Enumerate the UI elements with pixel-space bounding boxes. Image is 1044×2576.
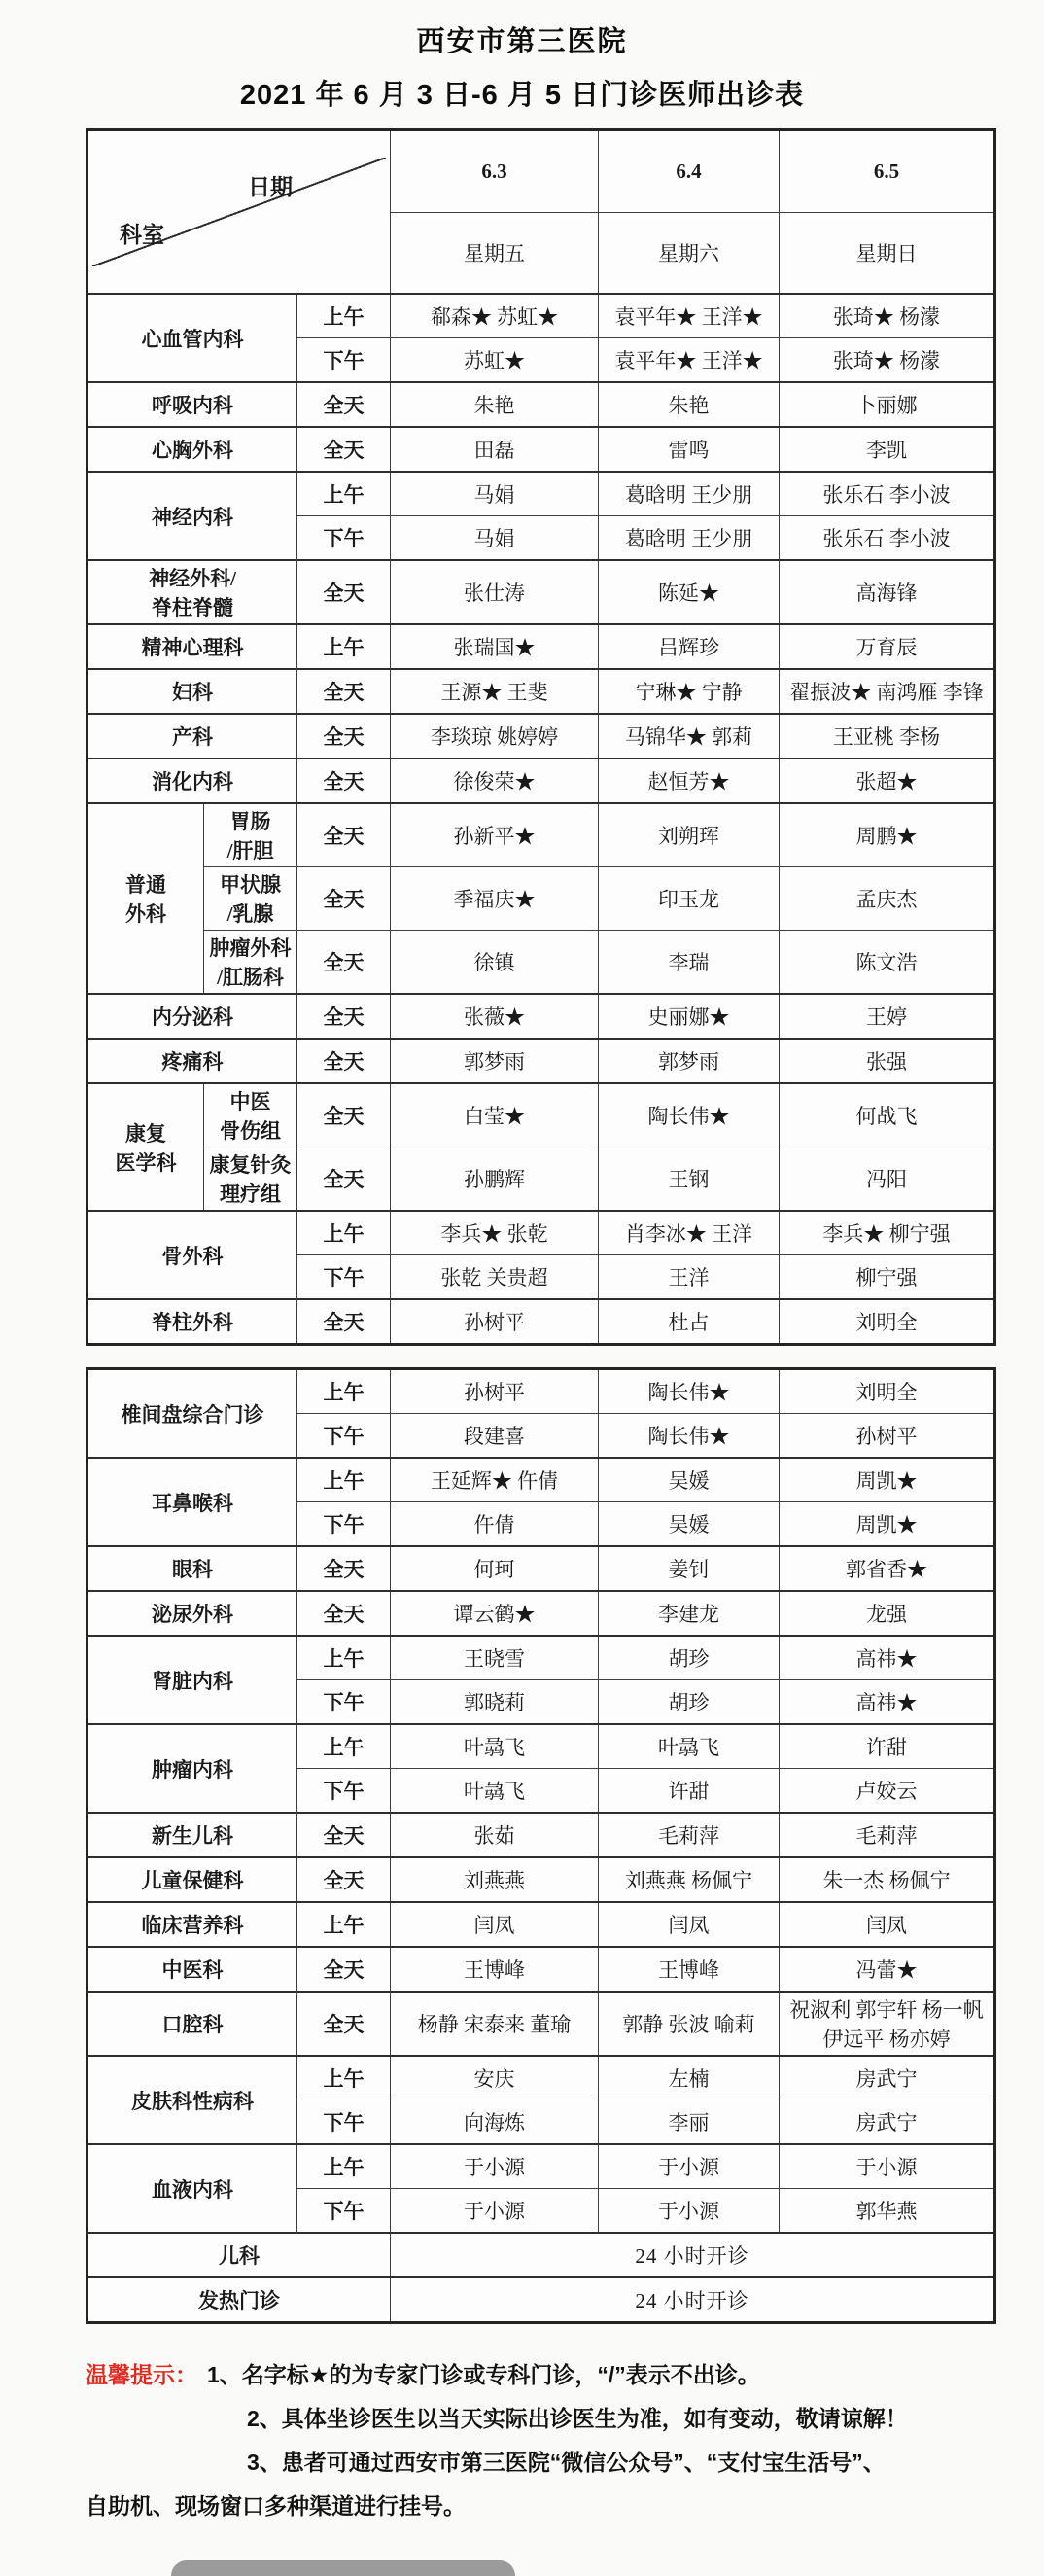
weekday-cell: 星期六 <box>599 212 780 294</box>
doctor-cell: 吕辉珍 <box>599 624 780 669</box>
table-row: 脊柱外科全天孙树平杜占刘明全 <box>87 1299 995 1345</box>
doctor-cell: 翟振波★ 南鸿雁 李锋 <box>780 669 995 714</box>
doctor-cell: 叶骉飞 <box>391 1769 599 1814</box>
doctor-cell: 孙树平 <box>391 1299 599 1345</box>
doctor-cell: 李建龙 <box>599 1591 780 1636</box>
dept-cell: 眼科 <box>87 1546 297 1591</box>
schedule-table-2: 椎间盘综合门诊上午孙树平陶长伟★刘明全下午段建喜陶长伟★孙树平耳鼻喉科上午王延辉… <box>86 1367 996 2324</box>
doctor-cell: 龙强 <box>780 1591 995 1636</box>
table-row: 中医科全天王博峰王博峰冯蕾★ <box>87 1947 995 1992</box>
doctor-cell: 张瑞国★ <box>391 624 599 669</box>
shift-cell: 全天 <box>297 1947 391 1992</box>
note-text-1: 1、名字标★的为专家门诊或专科门诊，“/”表示不出诊。 <box>207 2362 760 2387</box>
shift-cell: 下午 <box>297 1769 391 1814</box>
table-row: 心胸外科全天田磊雷鸣李凯 <box>87 427 995 472</box>
doctor-cell: 于小源 <box>391 2144 599 2189</box>
sub-dept-cell: 甲状腺 /乳腺 <box>204 867 297 931</box>
doctor-cell: 雷鸣 <box>599 427 780 472</box>
note-line-1: 温馨提示：1、名字标★的为专家门诊或专科门诊，“/”表示不出诊。 <box>86 2353 960 2397</box>
doctor-cell: 高海锋 <box>780 560 995 624</box>
doctor-cell: 白莹★ <box>391 1083 599 1147</box>
sub-dept-cell: 中医 骨伤组 <box>204 1083 297 1147</box>
doctor-cell: 姜钊 <box>599 1546 780 1591</box>
doctor-cell: 张薇★ <box>391 994 599 1039</box>
doctor-cell: 叶骉飞 <box>599 1724 780 1769</box>
dept-cell: 泌尿外科 <box>87 1591 297 1636</box>
doctor-cell: 史丽娜★ <box>599 994 780 1039</box>
corner-date-label: 日期 <box>248 169 293 201</box>
doctor-cell: 王婷 <box>780 994 995 1039</box>
dept-cell: 产科 <box>87 714 297 759</box>
shift-cell: 上午 <box>297 1369 391 1414</box>
shift-cell: 全天 <box>297 1857 391 1902</box>
doctor-cell: 吴媛 <box>599 1458 780 1502</box>
doctor-cell: 卢姣云 <box>780 1769 995 1814</box>
doctor-cell: 刘燕燕 杨佩宁 <box>599 1857 780 1902</box>
doctor-cell: 闫凤 <box>391 1902 599 1947</box>
schedule-table-1: 日期 科室 6.3 6.4 6.5 星期五 星期六 星期日 心血管内科上午郗森★… <box>86 128 996 1346</box>
doctor-cell: 田磊 <box>391 427 599 472</box>
doctor-cell: 何战飞 <box>780 1083 995 1147</box>
date-header-row: 日期 科室 6.3 6.4 6.5 <box>87 130 995 213</box>
doctor-cell: 闫凤 <box>599 1902 780 1947</box>
table-row: 儿童保健科全天刘燕燕刘燕燕 杨佩宁朱一杰 杨佩宁 <box>87 1857 995 1902</box>
doctor-cell: 郭静 张波 喻莉 <box>599 1992 780 2056</box>
table-row: 泌尿外科全天谭云鹤★李建龙龙强 <box>87 1591 995 1636</box>
dept-cell: 临床营养科 <box>87 1902 297 1947</box>
dept-cell: 普通 外科 <box>87 803 204 994</box>
doctor-cell: 王钢 <box>599 1147 780 1212</box>
shift-cell: 全天 <box>297 931 391 995</box>
dept-cell: 耳鼻喉科 <box>87 1458 297 1546</box>
shift-cell: 全天 <box>297 1039 391 1083</box>
table-row: 口腔科全天杨静 宋泰来 董瑜郭静 张波 喻莉祝淑利 郭宇轩 杨一帆 伊远平 杨亦… <box>87 1992 995 2056</box>
dept-cell: 疼痛科 <box>87 1039 297 1083</box>
dept-cell: 儿科 <box>87 2233 391 2277</box>
dept-cell: 口腔科 <box>87 1992 297 2056</box>
shift-cell: 上午 <box>297 1902 391 1947</box>
doctor-cell: 肖李冰★ 王洋 <box>599 1211 780 1255</box>
schedule-page: 西安市第三医院 2021 年 6 月 3 日-6 月 5 日门诊医师出诊表 日期… <box>0 0 1044 2576</box>
doctor-cell: 赵恒芳★ <box>599 759 780 803</box>
doctor-cell: 孙树平 <box>780 1414 995 1459</box>
bottom-rounded-bar <box>171 2560 515 2576</box>
doctor-cell: 郭省香★ <box>780 1546 995 1591</box>
note-line-4: 自助机、现场窗口多种渠道进行挂号。 <box>86 2485 960 2528</box>
doctor-cell: 叶骉飞 <box>391 1724 599 1769</box>
doctor-cell: 安庆 <box>391 2056 599 2100</box>
doctor-cell: 李凯 <box>780 427 995 472</box>
doctor-cell: 张超★ <box>780 759 995 803</box>
dept-cell: 神经内科 <box>87 472 297 560</box>
doctor-cell: 马娟 <box>391 472 599 516</box>
doctor-cell: 王晓雪 <box>391 1636 599 1680</box>
doctor-cell: 陈文浩 <box>780 931 995 995</box>
date-cell: 6.4 <box>599 130 780 213</box>
doctor-cell: 张琦★ 杨濛 <box>780 338 995 383</box>
table-row: 消化内科全天徐俊荣★赵恒芳★张超★ <box>87 759 995 803</box>
doctor-cell: 张强 <box>780 1039 995 1083</box>
doctor-cell: 朱一杰 杨佩宁 <box>780 1857 995 1902</box>
dept-cell: 新生儿科 <box>87 1813 297 1857</box>
doctor-cell: 许甜 <box>780 1724 995 1769</box>
sub-dept-cell: 肿瘤外科 /肛肠科 <box>204 931 297 995</box>
page-title: 西安市第三医院 <box>0 14 1044 59</box>
doctor-cell: 陶长伟★ <box>599 1083 780 1147</box>
doctor-cell: 王博峰 <box>391 1947 599 1992</box>
doctor-cell: 王亚桃 李杨 <box>780 714 995 759</box>
table-row: 疼痛科全天郭梦雨郭梦雨张强 <box>87 1039 995 1083</box>
doctor-cell: 高祎★ <box>780 1636 995 1680</box>
note-line-2: 2、具体坐诊医生以当天实际出诊医生为准，如有变动，敬请谅解！ <box>86 2397 960 2441</box>
doctor-cell: 杜占 <box>599 1299 780 1345</box>
shift-cell: 全天 <box>297 427 391 472</box>
doctor-cell: 宁琳★ 宁静 <box>599 669 780 714</box>
doctor-cell: 陶长伟★ <box>599 1414 780 1459</box>
doctor-cell: 徐俊荣★ <box>391 759 599 803</box>
shift-cell: 下午 <box>297 1502 391 1547</box>
doctor-cell: 王源★ 王斐 <box>391 669 599 714</box>
shift-cell: 下午 <box>297 338 391 383</box>
doctor-cell: 郭华燕 <box>780 2189 995 2234</box>
doctor-cell: 仵倩 <box>391 1502 599 1547</box>
doctor-cell: 苏虹★ <box>391 338 599 383</box>
shift-cell: 上午 <box>297 472 391 516</box>
dept-cell: 康复 医学科 <box>87 1083 204 1211</box>
table-row: 康复针灸 理疗组全天孙鹏辉王钢冯阳 <box>87 1147 995 1212</box>
doctor-cell: 房武宁 <box>780 2056 995 2100</box>
shift-cell: 上午 <box>297 1458 391 1502</box>
doctor-cell: 郗森★ 苏虹★ <box>391 294 599 338</box>
weekday-cell: 星期五 <box>391 212 599 294</box>
doctor-cell: 葛晗明 王少朋 <box>599 472 780 516</box>
table-row: 神经内科上午马娟葛晗明 王少朋张乐石 李小波 <box>87 472 995 516</box>
doctor-cell: 高祎★ <box>780 1680 995 1725</box>
doctor-cell: 郭晓莉 <box>391 1680 599 1725</box>
doctor-cell: 李兵★ 柳宁强 <box>780 1211 995 1255</box>
doctor-cell: 毛莉萍 <box>780 1813 995 1857</box>
shift-cell: 全天 <box>297 803 391 867</box>
table-row: 神经外科/ 脊柱脊髓全天张仕涛陈延★高海锋 <box>87 560 995 624</box>
table-row: 内分泌科全天张薇★史丽娜★王婷 <box>87 994 995 1039</box>
doctor-cell: 李兵★ 张乾 <box>391 1211 599 1255</box>
dept-cell: 中医科 <box>87 1947 297 1992</box>
dept-cell: 内分泌科 <box>87 994 297 1039</box>
dept-cell: 骨外科 <box>87 1211 297 1299</box>
shift-cell: 下午 <box>297 1255 391 1300</box>
note-line-3: 3、患者可通过西安市第三医院“微信公众号”、“支付宝生活号”、 <box>86 2441 960 2485</box>
table-row: 儿科24 小时开诊 <box>87 2233 995 2277</box>
notes-label: 温馨提示： <box>86 2362 197 2387</box>
shift-cell: 全天 <box>297 560 391 624</box>
fullspan-cell: 24 小时开诊 <box>391 2277 995 2323</box>
doctor-cell: 郭梦雨 <box>391 1039 599 1083</box>
doctor-cell: 杨静 宋泰来 董瑜 <box>391 1992 599 2056</box>
dept-cell: 心胸外科 <box>87 427 297 472</box>
dept-cell: 脊柱外科 <box>87 1299 297 1345</box>
shift-cell: 下午 <box>297 2100 391 2145</box>
doctor-cell: 郭梦雨 <box>599 1039 780 1083</box>
doctor-cell: 印玉龙 <box>599 867 780 931</box>
doctor-cell: 胡珍 <box>599 1680 780 1725</box>
doctor-cell: 张乐石 李小波 <box>780 472 995 516</box>
table-gap <box>0 1346 1044 1367</box>
shift-cell: 全天 <box>297 1813 391 1857</box>
dept-cell: 椎间盘综合门诊 <box>87 1369 297 1459</box>
doctor-cell: 孙树平 <box>391 1369 599 1414</box>
doctor-cell: 李丽 <box>599 2100 780 2145</box>
doctor-cell: 周凯★ <box>780 1458 995 1502</box>
doctor-cell: 谭云鹤★ <box>391 1591 599 1636</box>
dept-cell: 神经外科/ 脊柱脊髓 <box>87 560 297 624</box>
doctor-cell: 于小源 <box>599 2189 780 2234</box>
doctor-cell: 孟庆杰 <box>780 867 995 931</box>
corner-diagonal: 日期 科室 <box>92 158 386 266</box>
doctor-cell: 卜丽娜 <box>780 382 995 427</box>
dept-cell: 皮肤科性病科 <box>87 2056 297 2144</box>
table-row: 心血管内科上午郗森★ 苏虹★袁平年★ 王洋★张琦★ 杨濛 <box>87 294 995 338</box>
doctor-cell: 刘明全 <box>780 1299 995 1345</box>
corner-dept-label: 科室 <box>120 217 164 249</box>
table-row: 普通 外科胃肠 /肝胆全天孙新平★刘朔珲周鹏★ <box>87 803 995 867</box>
shift-cell: 上午 <box>297 624 391 669</box>
table-row: 肿瘤内科上午叶骉飞叶骉飞许甜 <box>87 1724 995 1769</box>
doctor-cell: 王博峰 <box>599 1947 780 1992</box>
doctor-cell: 向海炼 <box>391 2100 599 2145</box>
shift-cell: 上午 <box>297 2144 391 2189</box>
doctor-cell: 许甜 <box>599 1769 780 1814</box>
table-row: 眼科全天何珂姜钊郭省香★ <box>87 1546 995 1591</box>
shift-cell: 全天 <box>297 1083 391 1147</box>
shift-cell: 下午 <box>297 1414 391 1459</box>
table-row: 产科全天李琰琼 姚婷婷马锦华★ 郭莉王亚桃 李杨 <box>87 714 995 759</box>
table-row: 新生儿科全天张茹毛莉萍毛莉萍 <box>87 1813 995 1857</box>
doctor-cell: 刘朔珲 <box>599 803 780 867</box>
doctor-cell: 冯蕾★ <box>780 1947 995 1992</box>
shift-cell: 全天 <box>297 867 391 931</box>
doctor-cell: 张乾 关贵超 <box>391 1255 599 1300</box>
weekday-cell: 星期日 <box>780 212 995 294</box>
notes-section: 温馨提示：1、名字标★的为专家门诊或专科门诊，“/”表示不出诊。 2、具体坐诊医… <box>86 2353 960 2527</box>
doctor-cell: 胡珍 <box>599 1636 780 1680</box>
doctor-cell: 于小源 <box>391 2189 599 2234</box>
dept-cell: 妇科 <box>87 669 297 714</box>
doctor-cell: 马锦华★ 郭莉 <box>599 714 780 759</box>
dept-cell: 消化内科 <box>87 759 297 803</box>
doctor-cell: 孙鹏辉 <box>391 1147 599 1212</box>
doctor-cell: 祝淑利 郭宇轩 杨一帆 伊远平 杨亦婷 <box>780 1992 995 2056</box>
doctor-cell: 孙新平★ <box>391 803 599 867</box>
doctor-cell: 周凯★ <box>780 1502 995 1547</box>
table-row: 皮肤科性病科上午安庆左楠房武宁 <box>87 2056 995 2100</box>
table-row: 椎间盘综合门诊上午孙树平陶长伟★刘明全 <box>87 1369 995 1414</box>
table-row: 甲状腺 /乳腺全天季福庆★印玉龙孟庆杰 <box>87 867 995 931</box>
sub-dept-cell: 胃肠 /肝胆 <box>204 803 297 867</box>
corner-cell: 日期 科室 <box>87 130 391 295</box>
date-cell: 6.3 <box>391 130 599 213</box>
dept-cell: 心血管内科 <box>87 294 297 382</box>
table-row: 肿瘤外科 /肛肠科全天徐镇李瑞陈文浩 <box>87 931 995 995</box>
doctor-cell: 张乐石 李小波 <box>780 516 995 561</box>
dept-cell: 血液内科 <box>87 2144 297 2233</box>
doctor-cell: 葛晗明 王少朋 <box>599 516 780 561</box>
fullspan-cell: 24 小时开诊 <box>391 2233 995 2277</box>
table-row: 血液内科上午于小源于小源于小源 <box>87 2144 995 2189</box>
table-row: 骨外科上午李兵★ 张乾肖李冰★ 王洋李兵★ 柳宁强 <box>87 1211 995 1255</box>
doctor-cell: 刘燕燕 <box>391 1857 599 1902</box>
doctor-cell: 张茹 <box>391 1813 599 1857</box>
doctor-cell: 季福庆★ <box>391 867 599 931</box>
doctor-cell: 万育辰 <box>780 624 995 669</box>
doctor-cell: 张仕涛 <box>391 560 599 624</box>
table-row: 呼吸内科全天朱艳朱艳卜丽娜 <box>87 382 995 427</box>
table-row: 精神心理科上午张瑞国★吕辉珍万育辰 <box>87 624 995 669</box>
shift-cell: 下午 <box>297 2189 391 2234</box>
doctor-cell: 左楠 <box>599 2056 780 2100</box>
shift-cell: 全天 <box>297 1992 391 2056</box>
page-subtitle: 2021 年 6 月 3 日-6 月 5 日门诊医师出诊表 <box>0 59 1044 128</box>
shift-cell: 全天 <box>297 1546 391 1591</box>
doctor-cell: 房武宁 <box>780 2100 995 2145</box>
doctor-cell: 袁平年★ 王洋★ <box>599 294 780 338</box>
doctor-cell: 刘明全 <box>780 1369 995 1414</box>
doctor-cell: 王洋 <box>599 1255 780 1300</box>
doctor-cell: 于小源 <box>599 2144 780 2189</box>
doctor-cell: 李瑞 <box>599 931 780 995</box>
doctor-cell: 马娟 <box>391 516 599 561</box>
doctor-cell: 段建喜 <box>391 1414 599 1459</box>
doctor-cell: 闫凤 <box>780 1902 995 1947</box>
doctor-cell: 朱艳 <box>599 382 780 427</box>
dept-cell: 呼吸内科 <box>87 382 297 427</box>
shift-cell: 上午 <box>297 294 391 338</box>
doctor-cell: 陈延★ <box>599 560 780 624</box>
sub-dept-cell: 康复针灸 理疗组 <box>204 1147 297 1212</box>
shift-cell: 全天 <box>297 759 391 803</box>
doctor-cell: 朱艳 <box>391 382 599 427</box>
doctor-cell: 王延辉★ 仵倩 <box>391 1458 599 1502</box>
doctor-cell: 冯阳 <box>780 1147 995 1212</box>
shift-cell: 全天 <box>297 669 391 714</box>
doctor-cell: 张琦★ 杨濛 <box>780 294 995 338</box>
shift-cell: 上午 <box>297 1636 391 1680</box>
shift-cell: 全天 <box>297 1299 391 1345</box>
shift-cell: 上午 <box>297 1211 391 1255</box>
doctor-cell: 周鹏★ <box>780 803 995 867</box>
shift-cell: 全天 <box>297 1591 391 1636</box>
doctor-cell: 李琰琼 姚婷婷 <box>391 714 599 759</box>
table-row: 肾脏内科上午王晓雪胡珍高祎★ <box>87 1636 995 1680</box>
dept-cell: 肾脏内科 <box>87 1636 297 1724</box>
table-row: 临床营养科上午闫凤闫凤闫凤 <box>87 1902 995 1947</box>
shift-cell: 下午 <box>297 1680 391 1725</box>
doctor-cell: 吴媛 <box>599 1502 780 1547</box>
doctor-cell: 袁平年★ 王洋★ <box>599 338 780 383</box>
dept-cell: 精神心理科 <box>87 624 297 669</box>
table-row: 耳鼻喉科上午王延辉★ 仵倩吴媛周凯★ <box>87 1458 995 1502</box>
doctor-cell: 何珂 <box>391 1546 599 1591</box>
shift-cell: 全天 <box>297 994 391 1039</box>
shift-cell: 上午 <box>297 1724 391 1769</box>
doctor-cell: 徐镇 <box>391 931 599 995</box>
doctor-cell: 毛莉萍 <box>599 1813 780 1857</box>
dept-cell: 儿童保健科 <box>87 1857 297 1902</box>
table-row: 妇科全天王源★ 王斐宁琳★ 宁静翟振波★ 南鸿雁 李锋 <box>87 669 995 714</box>
date-cell: 6.5 <box>780 130 995 213</box>
doctor-cell: 于小源 <box>780 2144 995 2189</box>
shift-cell: 下午 <box>297 516 391 561</box>
shift-cell: 全天 <box>297 382 391 427</box>
dept-cell: 肿瘤内科 <box>87 1724 297 1813</box>
table-row: 发热门诊24 小时开诊 <box>87 2277 995 2323</box>
table-row: 康复 医学科中医 骨伤组全天白莹★陶长伟★何战飞 <box>87 1083 995 1147</box>
shift-cell: 上午 <box>297 2056 391 2100</box>
doctor-cell: 陶长伟★ <box>599 1369 780 1414</box>
shift-cell: 全天 <box>297 1147 391 1212</box>
dept-cell: 发热门诊 <box>87 2277 391 2323</box>
doctor-cell: 柳宁强 <box>780 1255 995 1300</box>
shift-cell: 全天 <box>297 714 391 759</box>
